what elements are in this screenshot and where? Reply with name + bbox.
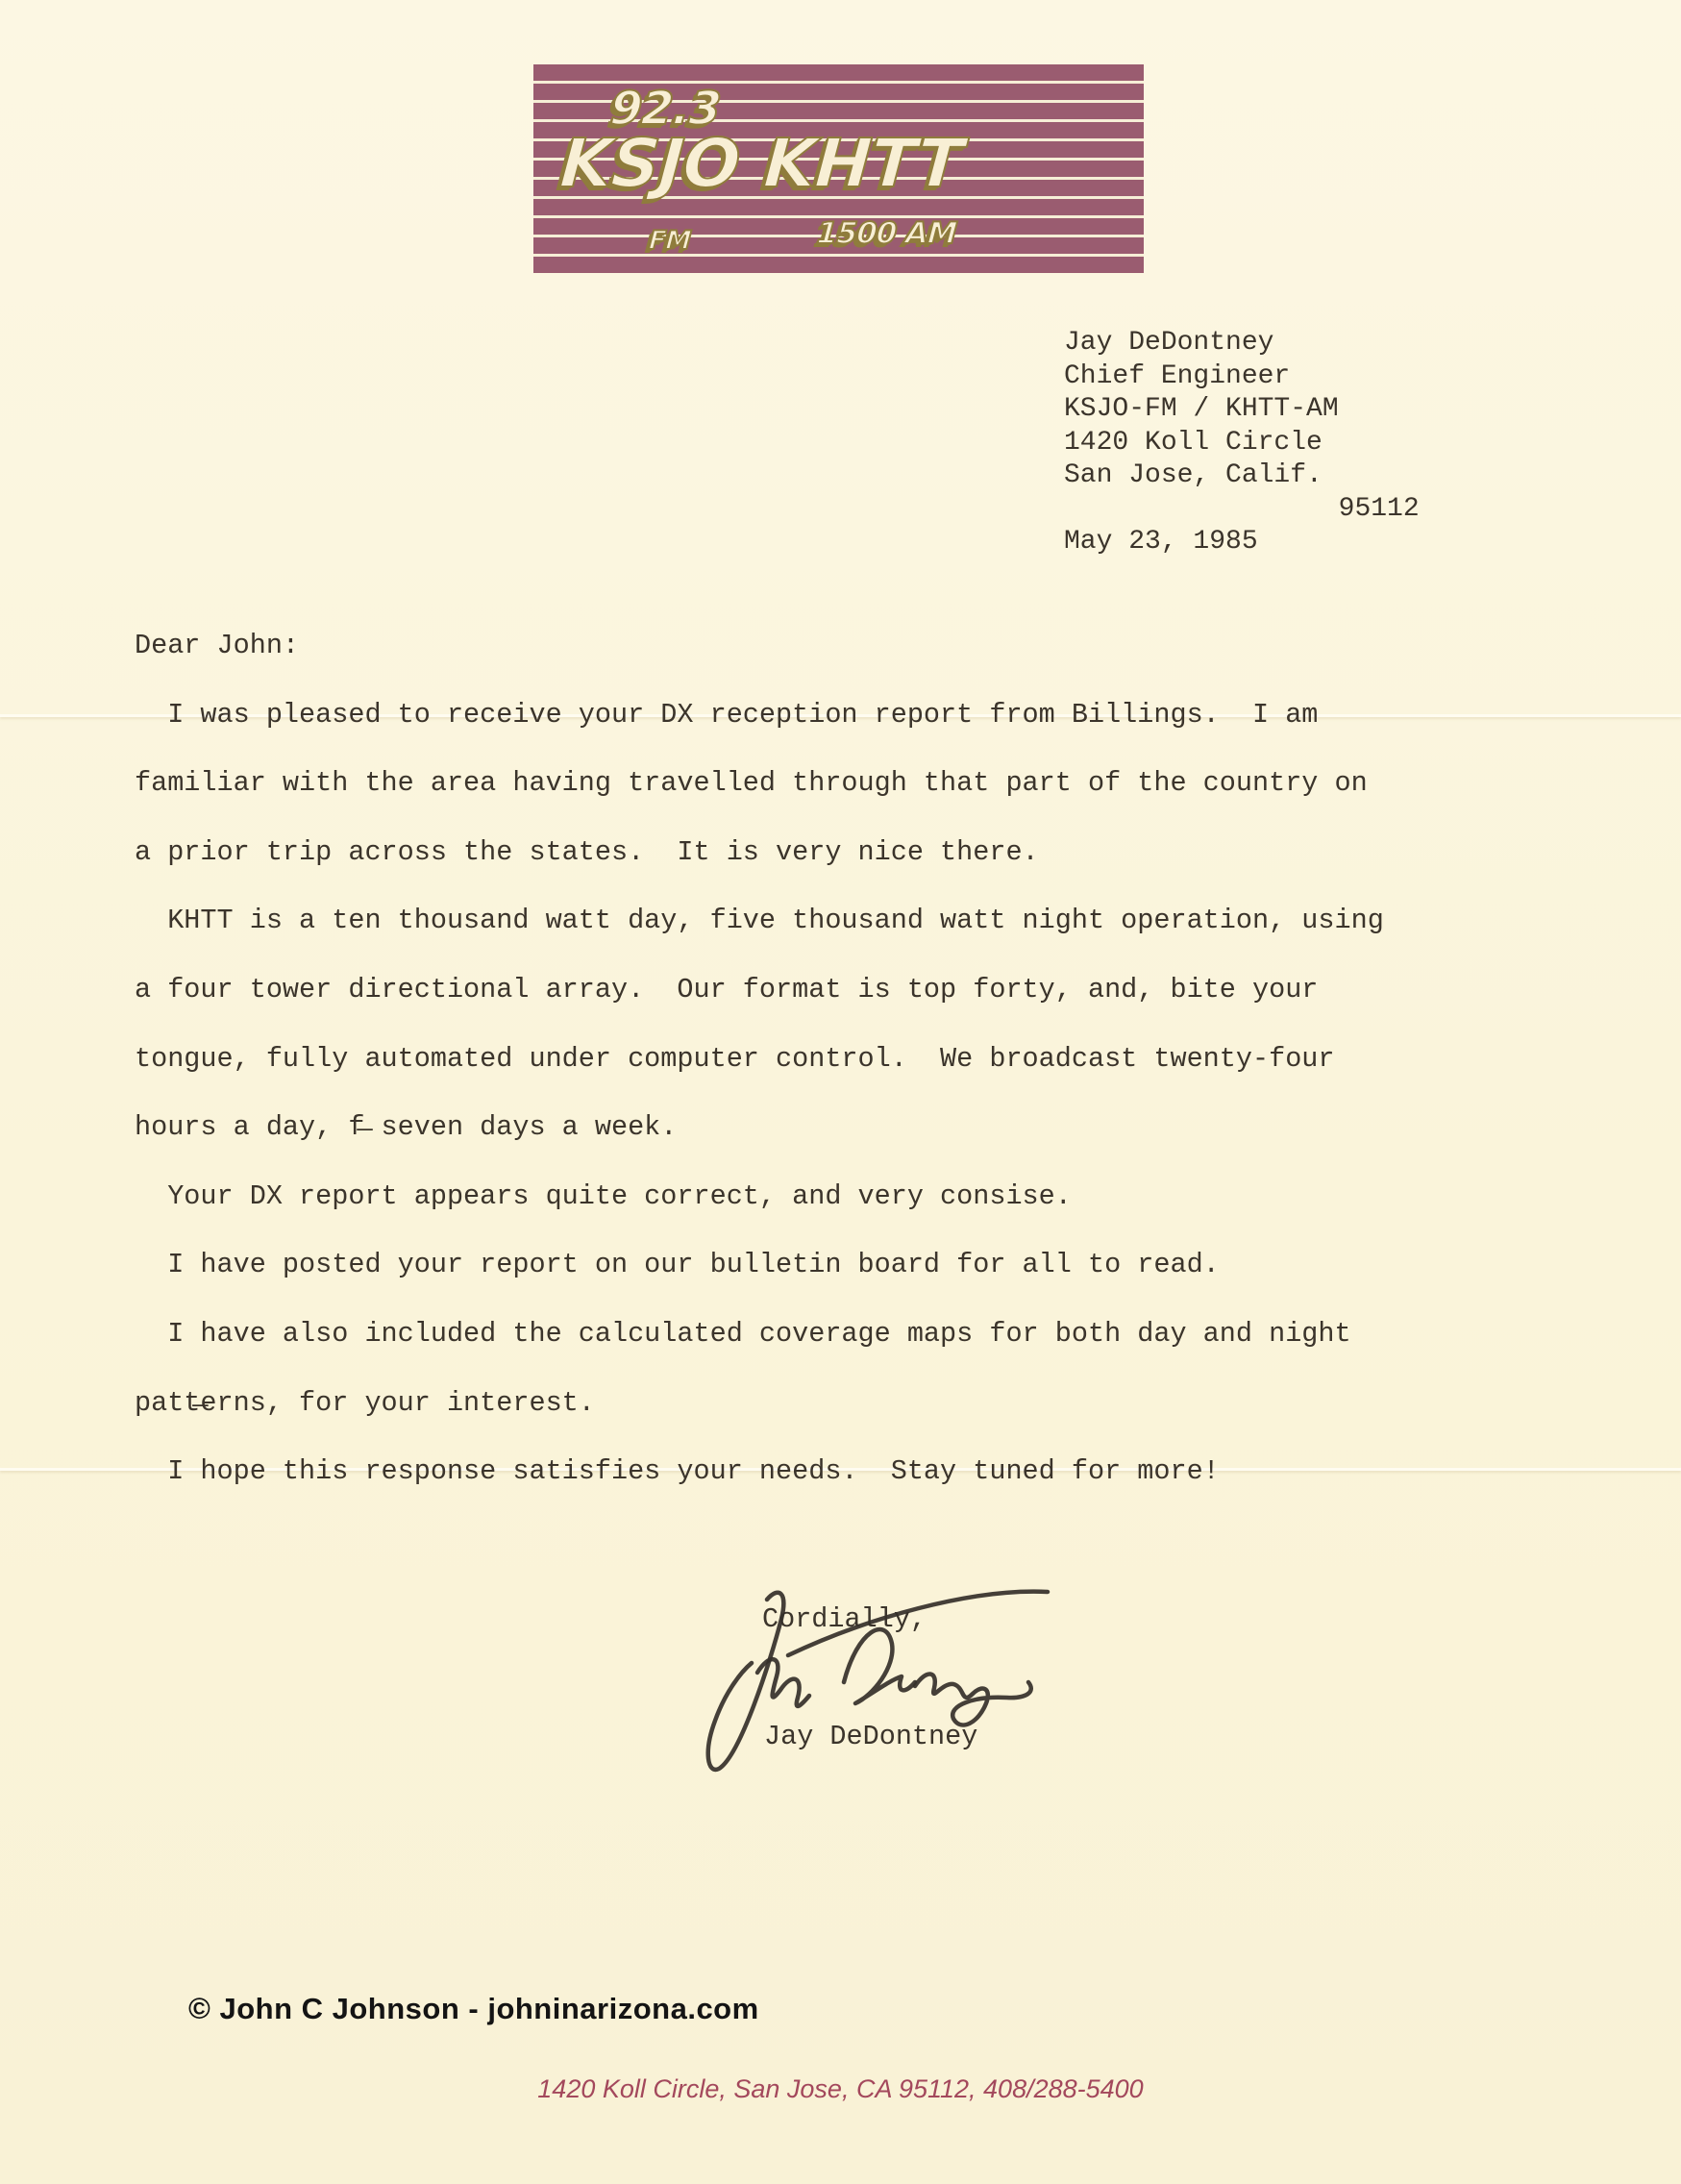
sender-name: Jay DeDontney bbox=[1064, 327, 1420, 360]
sender-city: San Jose, Calif. bbox=[1064, 459, 1420, 493]
body-line: Your DX report appears quite correct, an… bbox=[135, 1162, 1384, 1231]
sender-street: 1420 Koll Circle bbox=[1064, 427, 1420, 460]
body-line: I have posted your report on our bulleti… bbox=[135, 1230, 1384, 1300]
sender-address-block: Jay DeDontney Chief Engineer KSJO-FM / K… bbox=[1064, 327, 1420, 559]
station-logo-banner: 92.3 KSJO FM KHTT 1500 AM bbox=[533, 64, 1144, 273]
body-line: hours a day, f̶ seven days a week. bbox=[135, 1093, 1384, 1162]
fm-band-label: FM bbox=[648, 226, 691, 256]
typed-signature-name: Jay DeDontney bbox=[764, 1721, 977, 1752]
am-frequency-label: 1500 AM bbox=[816, 216, 957, 251]
fm-callsign-label: KSJO bbox=[557, 124, 742, 203]
body-line: KHTT is a ten thousand watt day, five th… bbox=[135, 886, 1384, 955]
body-line: I have also included the calculated cove… bbox=[135, 1300, 1384, 1369]
sender-title: Chief Engineer bbox=[1064, 360, 1420, 394]
letter-body: Dear John: I was pleased to receive your… bbox=[135, 611, 1384, 1506]
sender-zip: 95112 bbox=[1064, 493, 1420, 527]
body-line: a prior trip across the states. It is ve… bbox=[135, 818, 1384, 887]
sender-stations: KSJO-FM / KHTT-AM bbox=[1064, 393, 1420, 427]
body-line: a four tower directional array. Our form… bbox=[135, 955, 1384, 1025]
letterhead-footer-address: 1420 Koll Circle, San Jose, CA 95112, 40… bbox=[0, 2074, 1681, 2104]
body-line: familiar with the area having travelled … bbox=[135, 749, 1384, 818]
letter-date: May 23, 1985 bbox=[1064, 526, 1420, 559]
copyright-watermark: © John C Johnson - johninarizona.com bbox=[188, 1992, 759, 2026]
body-line: tongue, fully automated under computer c… bbox=[135, 1025, 1384, 1094]
am-callsign-label: KHTT bbox=[761, 124, 965, 203]
body-line: I hope this response satisfies your need… bbox=[135, 1437, 1384, 1506]
body-line: patt̶erns, for your interest. bbox=[135, 1369, 1384, 1438]
body-line: I was pleased to receive your DX recepti… bbox=[135, 681, 1384, 750]
salutation: Dear John: bbox=[135, 611, 1384, 681]
